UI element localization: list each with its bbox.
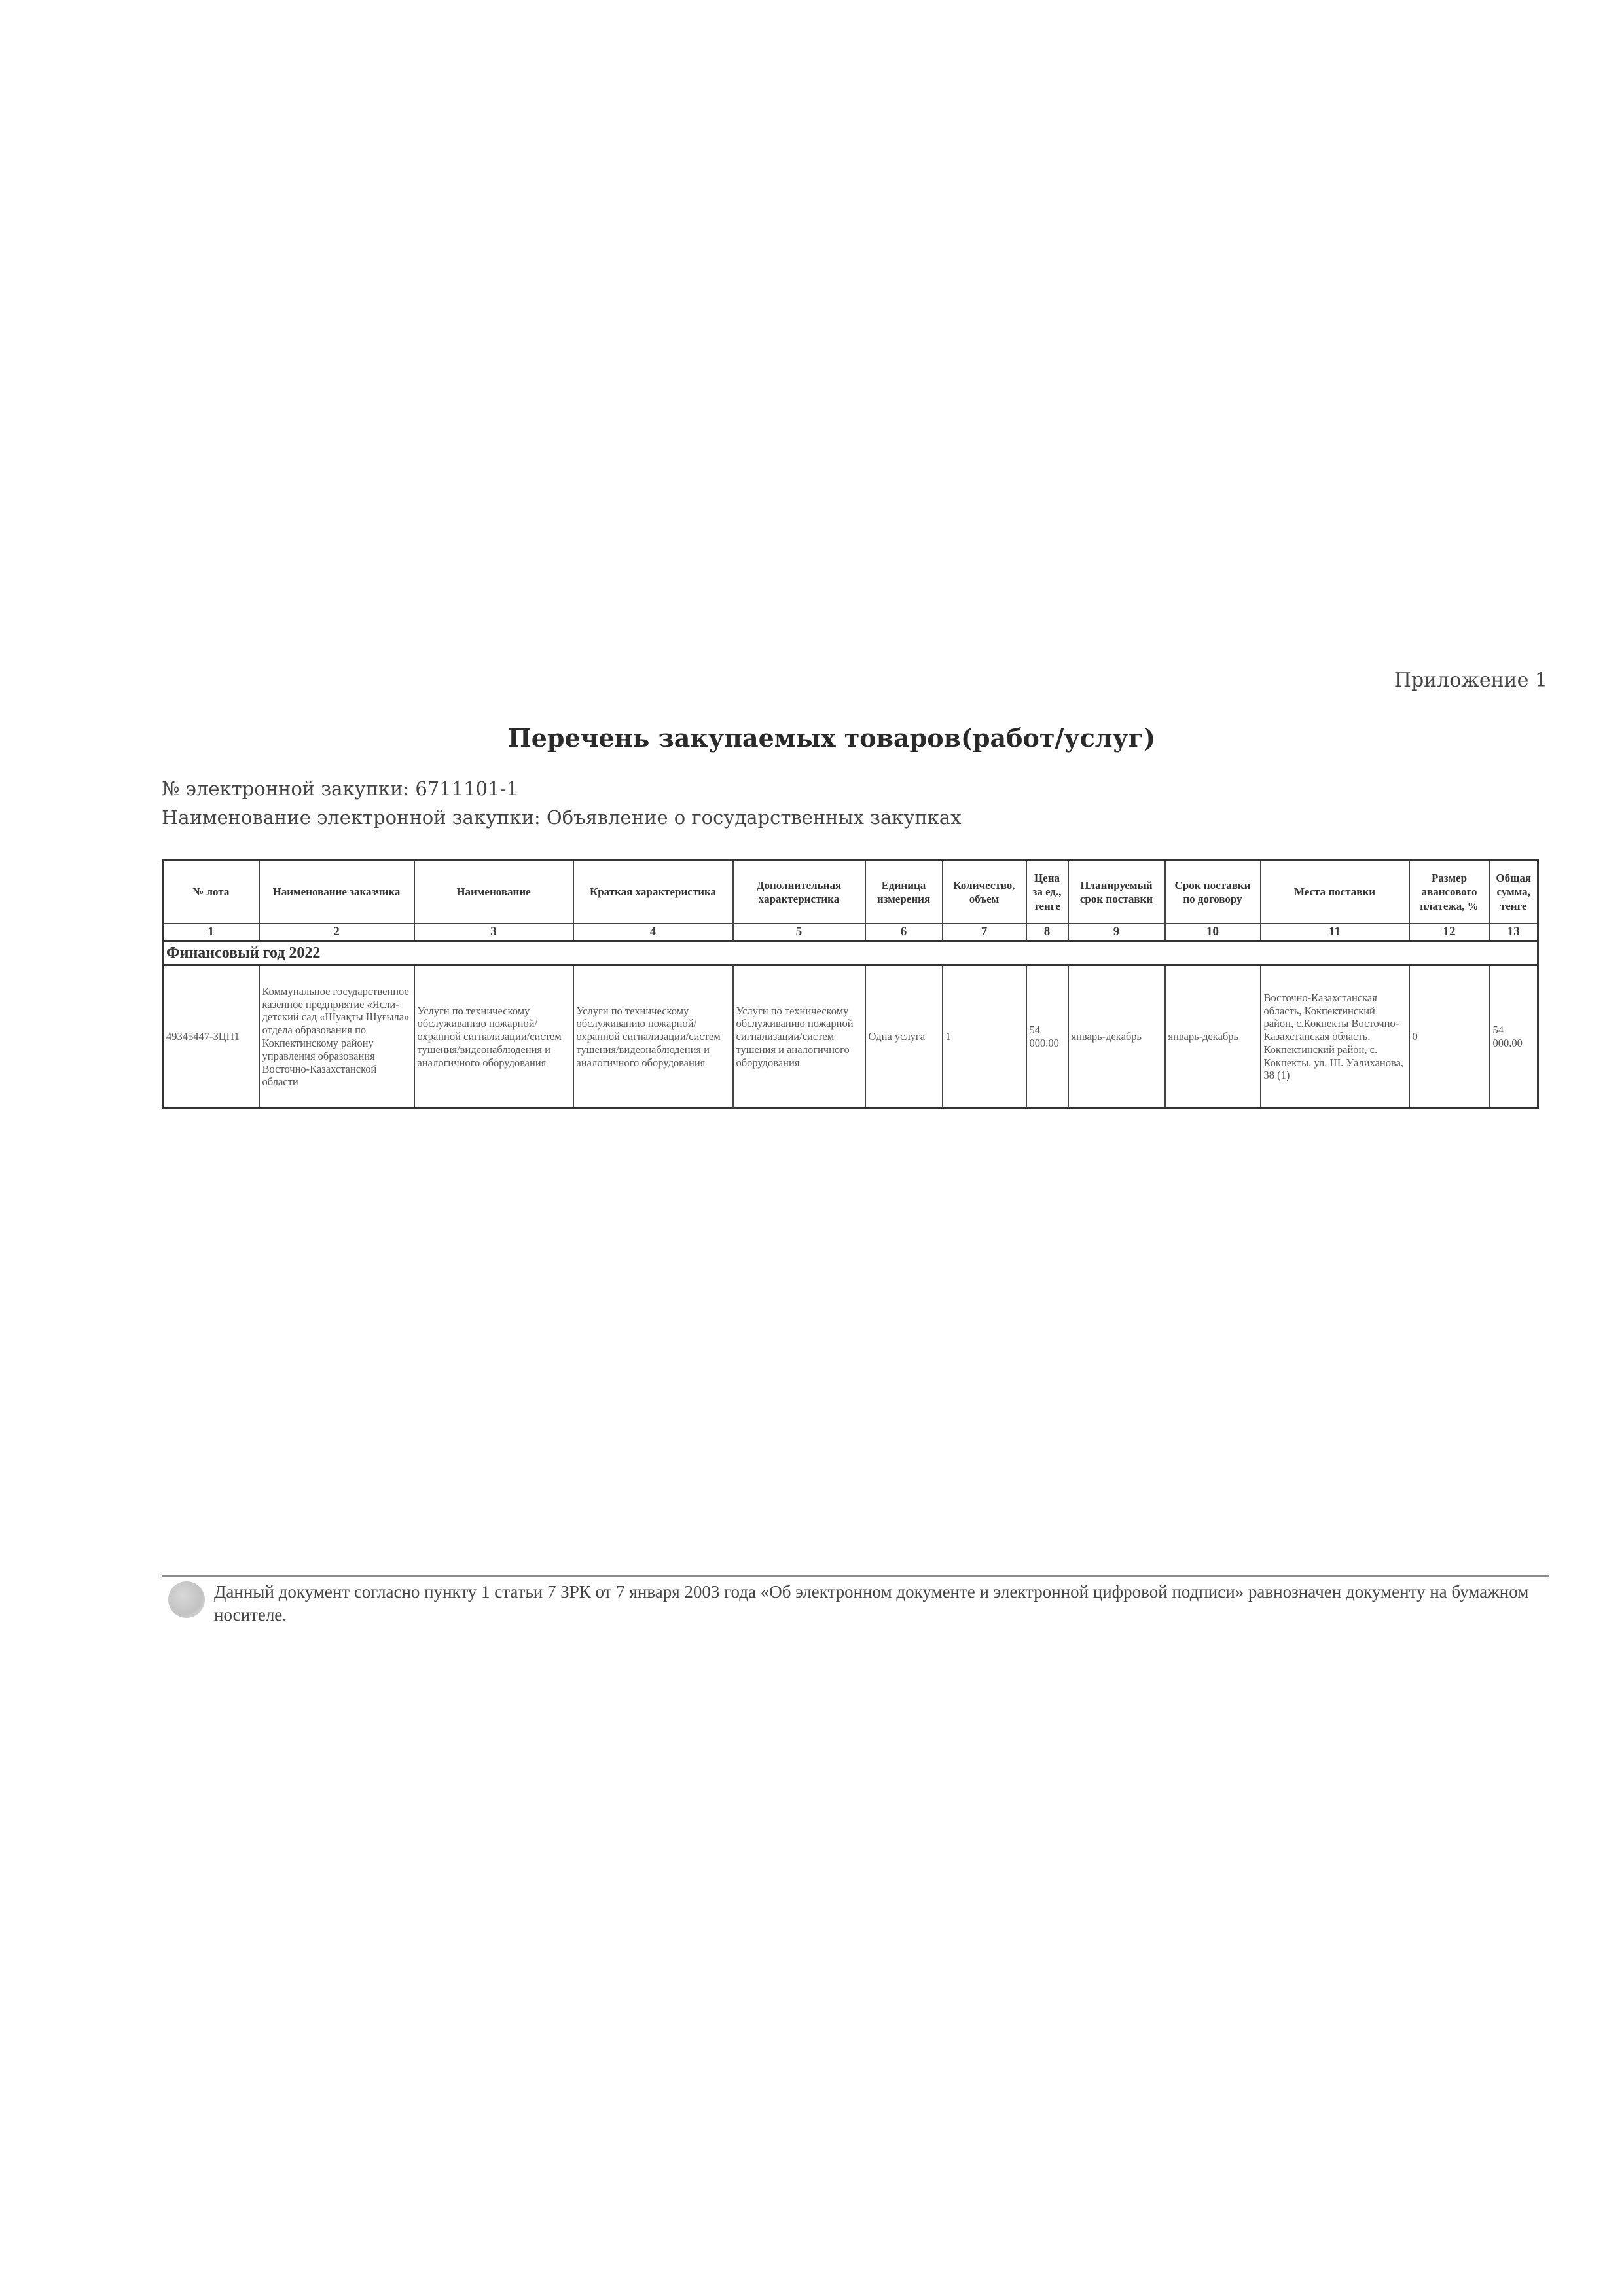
header-unit: Единица измерения	[865, 861, 943, 924]
cell-quantity: 1	[943, 965, 1026, 1109]
header-short-description: Краткая характеристика	[573, 861, 733, 924]
cell-planned-delivery: январь-декабрь	[1068, 965, 1165, 1109]
header-quantity: Количество, объем	[943, 861, 1026, 924]
document-title: Перечень закупаемых товаров(работ/услуг)	[0, 723, 1624, 753]
cell-additional-description: Услуги по техническому обслуживанию пожа…	[733, 965, 865, 1109]
table-row: 49345447-ЗЦП1 Коммунальное государственн…	[163, 965, 1538, 1109]
seal-logo-icon	[168, 1581, 205, 1618]
column-number: 1	[163, 924, 259, 941]
cell-unit: Одна услуга	[865, 965, 943, 1109]
cell-unit-price: 54 000.00	[1026, 965, 1068, 1109]
column-number: 11	[1261, 924, 1409, 941]
column-number: 6	[865, 924, 943, 941]
header-total-amount: Общая сумма, тенге	[1490, 861, 1538, 924]
cell-name: Услуги по техническому обслуживанию пожа…	[414, 965, 573, 1109]
footer-divider	[162, 1575, 1549, 1577]
header-advance-payment: Размер авансового платежа, %	[1409, 861, 1490, 924]
header-customer: Наименование заказчика	[259, 861, 414, 924]
fiscal-year-label: Финансовый год 2022	[163, 941, 1538, 965]
cell-lot-number: 49345447-ЗЦП1	[163, 965, 259, 1109]
cell-customer: Коммунальное государственное казенное пр…	[259, 965, 414, 1109]
column-number: 3	[414, 924, 573, 941]
procurement-number: № электронной закупки: 6711101-1	[162, 778, 518, 800]
column-number: 7	[943, 924, 1026, 941]
header-unit-price: Цена за ед., тенге	[1026, 861, 1068, 924]
column-number: 5	[733, 924, 865, 941]
header-contract-delivery: Срок поставки по договору	[1165, 861, 1261, 924]
header-row: № лота Наименование заказчика Наименован…	[163, 861, 1538, 924]
header-lot-number: № лота	[163, 861, 259, 924]
header-additional-description: Дополнительная характеристика	[733, 861, 865, 924]
appendix-label: Приложение 1	[1394, 669, 1547, 692]
cell-total-amount: 54 000.00	[1490, 965, 1538, 1109]
column-number: 12	[1409, 924, 1490, 941]
fiscal-year-row: Финансовый год 2022	[163, 941, 1538, 965]
column-number: 2	[259, 924, 414, 941]
header-name: Наименование	[414, 861, 573, 924]
lots-table: № лота Наименование заказчика Наименован…	[162, 859, 1539, 1109]
cell-delivery-place: Восточно-Казахстанская область, Кокпекти…	[1261, 965, 1409, 1109]
column-number: 13	[1490, 924, 1538, 941]
header-delivery-place: Места поставки	[1261, 861, 1409, 924]
procurement-name: Наименование электронной закупки: Объявл…	[162, 806, 962, 829]
cell-advance-payment: 0	[1409, 965, 1490, 1109]
cell-short-description: Услуги по техническому обслуживанию пожа…	[573, 965, 733, 1109]
column-number: 8	[1026, 924, 1068, 941]
header-planned-delivery: Планируемый срок поставки	[1068, 861, 1165, 924]
column-number-row: 1 2 3 4 5 6 7 8 9 10 11 12 13	[163, 924, 1538, 941]
column-number: 10	[1165, 924, 1261, 941]
footer-legal-notice: Данный документ согласно пункту 1 статьи…	[214, 1581, 1549, 1626]
column-number: 9	[1068, 924, 1165, 941]
cell-contract-delivery: январь-декабрь	[1165, 965, 1261, 1109]
column-number: 4	[573, 924, 733, 941]
